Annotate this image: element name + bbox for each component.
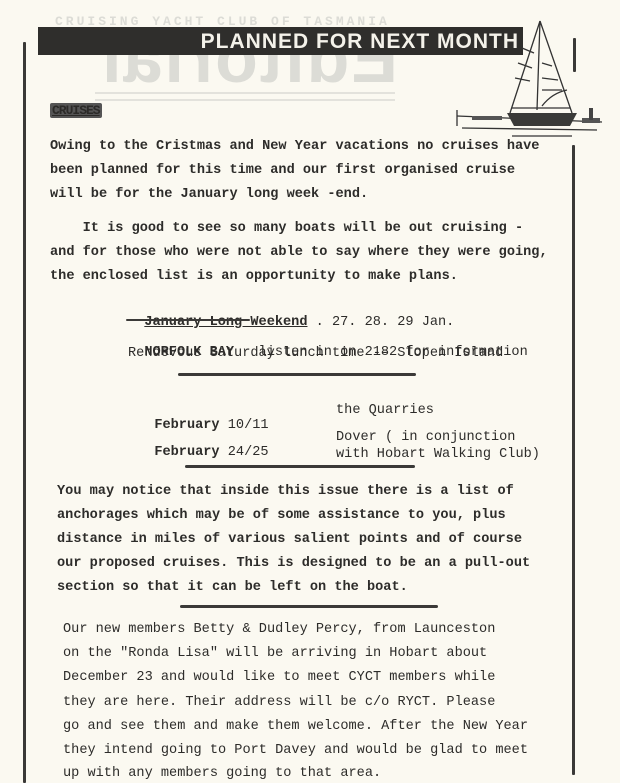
divider: [180, 605, 438, 608]
bleed-line: [95, 99, 395, 101]
notice-line: our proposed cruises. This is designed t…: [57, 552, 530, 576]
boats-line: the enclosed list is an opportunity to m…: [50, 265, 458, 289]
february-row-2-place: Dover ( in conjunction: [336, 430, 515, 445]
january-label: January Long Weekend: [144, 315, 307, 330]
left-frame-rule: [23, 42, 26, 783]
divider: [126, 319, 250, 321]
intro-line: Owing to the Cristmas and New Year vacat…: [50, 135, 539, 159]
divider: [178, 373, 416, 376]
members-line: they intend going to Port Davey and woul…: [63, 743, 528, 758]
members-line: December 23 and would like to meet CYCT …: [63, 670, 495, 685]
boats-line: It is good to see so many boats will be …: [50, 217, 523, 241]
february-dates: 24/25: [220, 445, 269, 460]
divider: [185, 465, 415, 468]
notice-line: anchorages which may be of some assistan…: [57, 504, 506, 528]
members-line: on the "Ronda Lisa" will be arriving in …: [63, 646, 487, 661]
page-title-banner: PLANNED FOR NEXT MONTH: [38, 27, 523, 55]
members-line: go and see them and make them welcome. A…: [63, 719, 528, 734]
section-heading-cruises: CRUISES: [50, 103, 102, 118]
notice-line: section so that it can be left on the bo…: [57, 576, 408, 600]
january-event: January Long Weekend . 27. 28. 29 Jan.: [128, 300, 454, 330]
notice-line: You may notice that inside this issue th…: [57, 480, 514, 504]
bleed-line: [95, 92, 395, 94]
notice-line: distance in miles of various salient poi…: [57, 528, 522, 552]
february-row-1-place: the Quarries: [336, 403, 434, 418]
sailboat-icon: [452, 18, 602, 143]
february-row-2-place-cont: with Hobart Walking Club): [336, 447, 540, 462]
right-frame-rule: [572, 145, 575, 775]
january-dates: . 27. 28. 29 Jan.: [307, 315, 454, 330]
members-line: Our new members Betty & Dudley Percy, fr…: [63, 622, 495, 637]
february-label: February: [154, 445, 219, 460]
intro-line: been planned for this time and our first…: [50, 159, 515, 183]
january-rendezvous: Rendevous Saturday lunch time -- Slopen …: [128, 346, 503, 361]
intro-line: will be for the January long week -end.: [50, 183, 368, 207]
february-row-1-date: February 10/11: [138, 403, 269, 433]
members-line: they are here. Their address will be c/o…: [63, 695, 495, 710]
members-line: up with any members going to that area.: [63, 766, 381, 781]
february-row-2-date: February 24/25: [138, 430, 269, 460]
boats-line: and for those who were not able to say w…: [50, 241, 548, 265]
